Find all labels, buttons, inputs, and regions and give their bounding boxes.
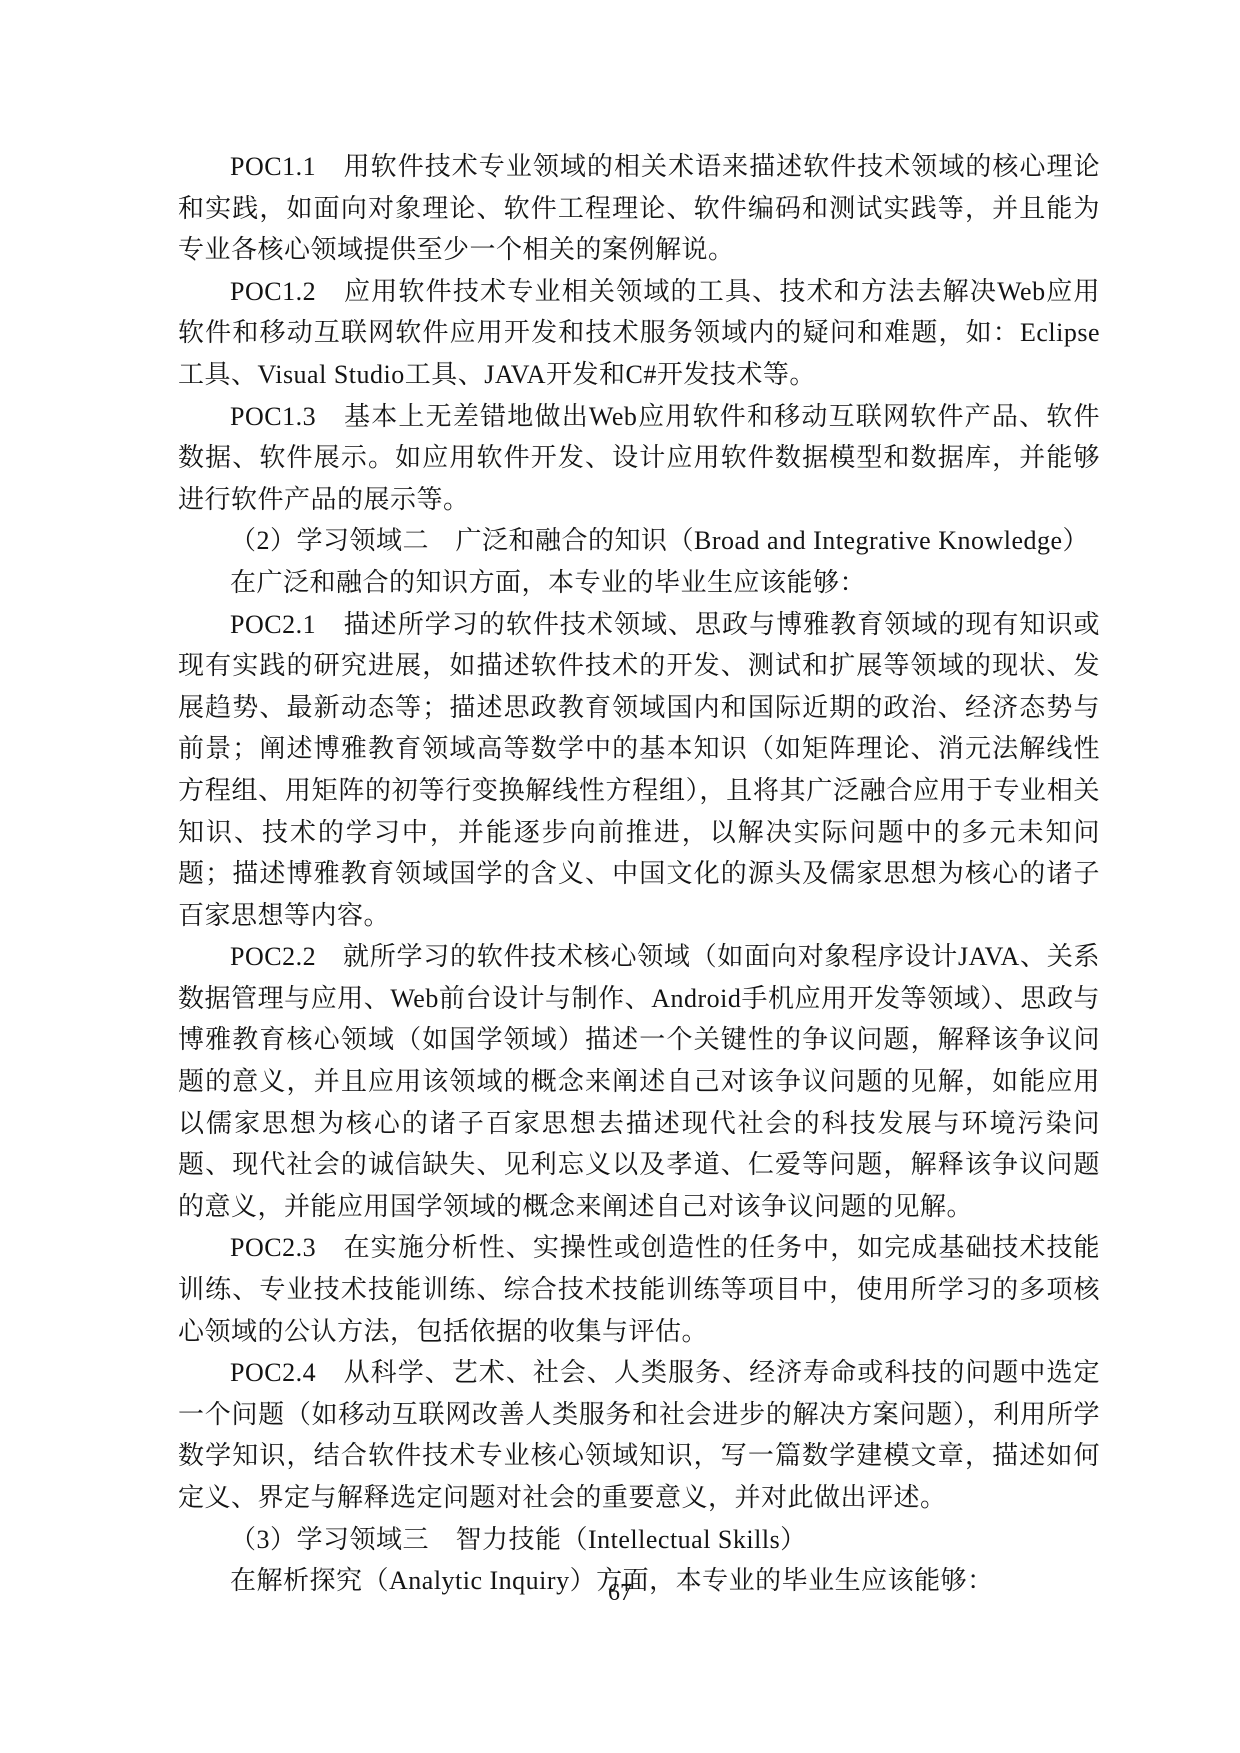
document-page: POC1.1 用软件技术专业领域的相关术语来描述软件技术领域的核心理论和实践，如… — [0, 0, 1240, 1753]
paragraph: POC2.4 从科学、艺术、社会、人类服务、经济寿命或科技的问题中选定一个问题（… — [178, 1352, 1100, 1518]
paragraph: （3）学习领域三 智力技能（Intellectual Skills） — [178, 1519, 1100, 1561]
paragraph: POC1.1 用软件技术专业领域的相关术语来描述软件技术领域的核心理论和实践，如… — [178, 146, 1100, 271]
page-number: 67 — [0, 1578, 1240, 1608]
paragraph: POC2.1 描述所学习的软件技术领域、思政与博雅教育领域的现有知识或现有实践的… — [178, 604, 1100, 937]
paragraph: POC1.2 应用软件技术专业相关领域的工具、技术和方法去解决Web应用软件和移… — [178, 271, 1100, 396]
paragraph: POC1.3 基本上无差错地做出Web应用软件和移动互联网软件产品、软件数据、软… — [178, 396, 1100, 521]
paragraph: 在广泛和融合的知识方面，本专业的毕业生应该能够： — [178, 562, 1100, 604]
document-body: POC1.1 用软件技术专业领域的相关术语来描述软件技术领域的核心理论和实践，如… — [178, 146, 1100, 1602]
paragraph: （2）学习领域二 广泛和融合的知识（Broad and Integrative … — [178, 520, 1100, 562]
paragraph: POC2.3 在实施分析性、实操性或创造性的任务中，如完成基础技术技能训练、专业… — [178, 1227, 1100, 1352]
paragraph: POC2.2 就所学习的软件技术核心领域（如面向对象程序设计JAVA、关系数据管… — [178, 936, 1100, 1227]
